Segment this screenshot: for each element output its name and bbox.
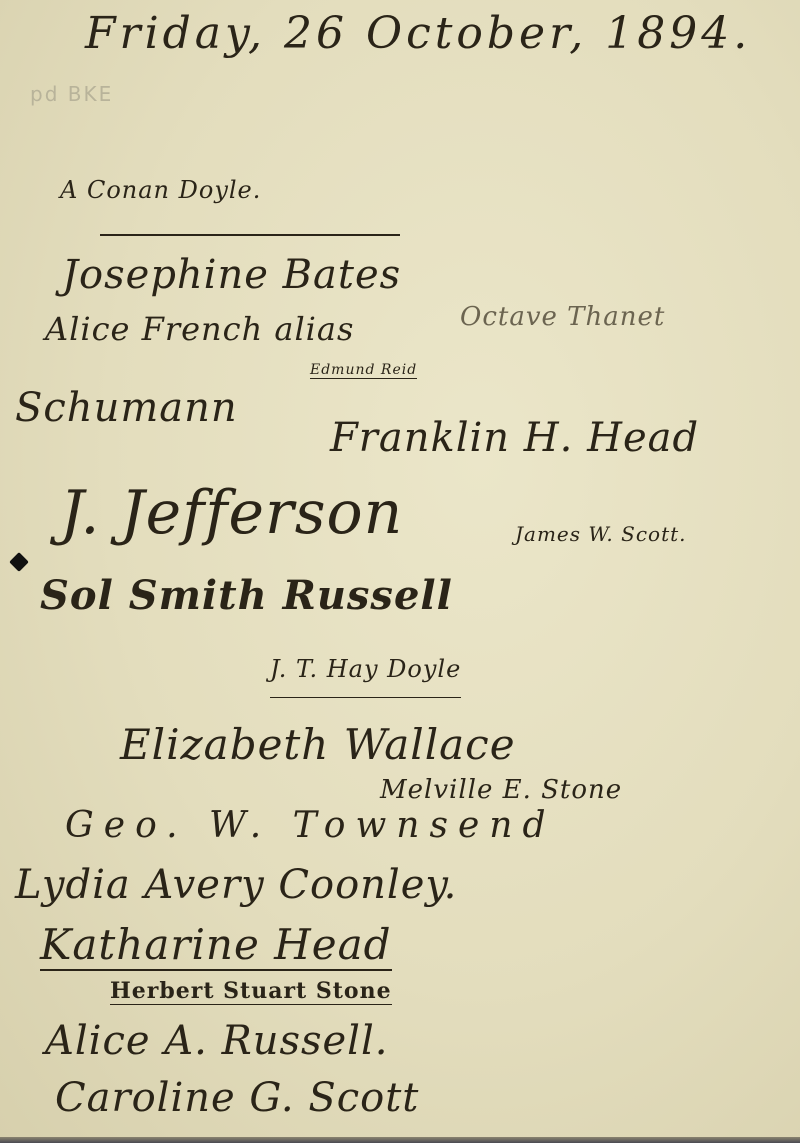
pencil-note: pd BKE: [30, 82, 113, 106]
signature-james-w-scott: James W. Scott.: [515, 522, 687, 546]
signature-josephine-bates: Josephine Bates: [62, 252, 401, 298]
signature-geo-townsend: Geo. W. Townsend: [65, 805, 556, 846]
signature-herbert-stone: Herbert Stuart Stone: [110, 978, 392, 1005]
signature-franklin-head: Franklin H. Head: [330, 415, 699, 461]
signature-sol-smith-russell: Sol Smith Russell: [40, 572, 453, 619]
signature-j-jefferson: J. Jefferson: [60, 478, 403, 548]
signature-katharine-head: Katharine Head: [40, 920, 392, 971]
signature-alice-french: Alice French alias: [45, 310, 354, 348]
date-heading: Friday, 26 October, 1894.: [85, 8, 751, 59]
signature-octave-thanet-part1: Octave Thanet: [460, 302, 665, 332]
signature-lydia-coonley: Lydia Avery Coonley.: [15, 862, 457, 908]
signature-edmund-reid: Edmund Reid: [310, 362, 417, 379]
signature-melville-stone: Melville E. Stone: [380, 775, 622, 805]
signature-conan-doyle: A Conan Doyle.: [60, 176, 261, 204]
autograph-page: Friday, 26 October, 1894. pd BKE A Conan…: [0, 0, 800, 1143]
signature-alice-russell: Alice A. Russell.: [45, 1018, 388, 1064]
bullet-mark: [9, 552, 29, 572]
octave-thanet: Octave Thanet: [460, 302, 665, 332]
signature-hay-doyle: J. T. Hay Doyle: [270, 655, 461, 698]
signature-elizabeth-wallace: Elizabeth Wallace: [120, 720, 516, 769]
signature-caroline-scott: Caroline G. Scott: [55, 1075, 419, 1121]
signature-schumann: Schumann: [15, 385, 238, 431]
signature-scrawled-1: [100, 212, 400, 236]
page-bottom-edge: [0, 1137, 800, 1143]
